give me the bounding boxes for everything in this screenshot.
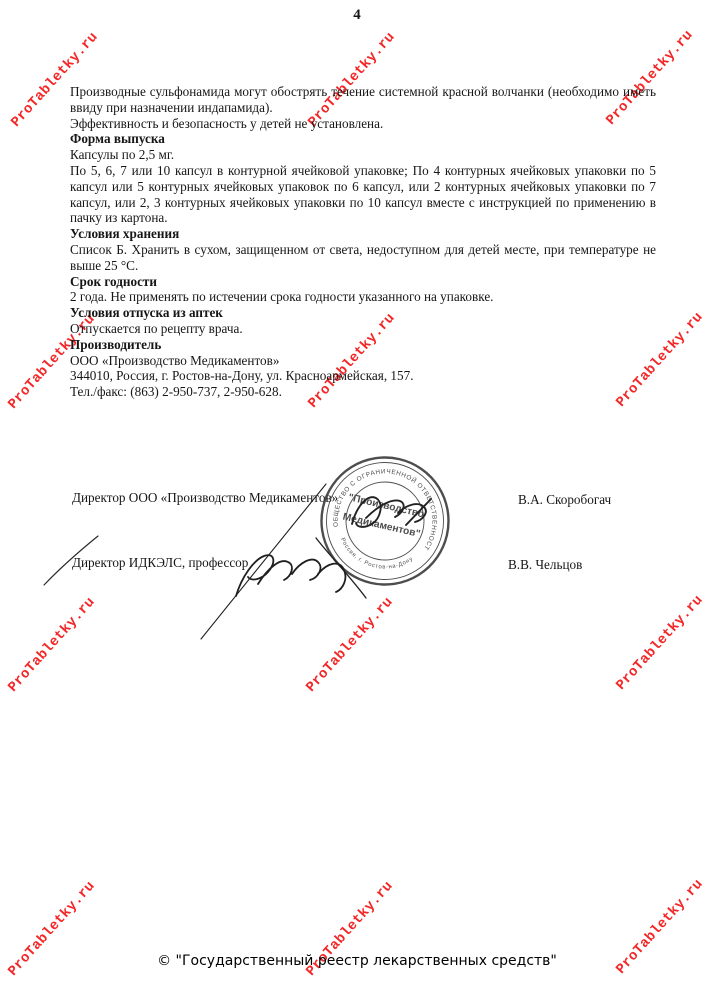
paragraph: Тел./факс: (863) 2-950-737, 2-950-628. xyxy=(70,384,656,400)
document-page: ProTabletky.ru ProTabletky.ru ProTabletk… xyxy=(0,0,714,1000)
paragraph: Отпускается по рецепту врача. xyxy=(70,321,656,337)
paragraph: Эффективность и безопасность у детей не … xyxy=(70,116,656,132)
paragraph: Условия отпуска из аптек xyxy=(70,305,656,321)
watermark: ProTabletky.ru xyxy=(303,594,396,695)
paragraph: Условия хранения xyxy=(70,226,656,242)
paragraph: 344010, Россия, г. Ростов-на-Дону, ул. К… xyxy=(70,368,656,384)
signature-title-idkels: Директор ИДКЭЛС, профессор xyxy=(72,555,248,571)
paragraph: Капсулы по 2,5 мг. xyxy=(70,147,656,163)
document-body: Производные сульфонамида могут обострять… xyxy=(70,84,656,400)
signature-name-skorobogach: В.А. Скоробогач xyxy=(518,492,611,508)
paragraph: Список Б. Хранить в сухом, защищенном от… xyxy=(70,242,656,274)
watermark: ProTabletky.ru xyxy=(613,592,706,693)
stamp-center-line2: Медикаментов" xyxy=(342,512,422,541)
watermark: ProTabletky.ru xyxy=(5,594,98,695)
paragraph: Форма выпуска xyxy=(70,131,656,147)
paragraph: Срок годности xyxy=(70,274,656,290)
paragraph: ООО «Производство Медикаментов» xyxy=(70,353,656,369)
signature-title-director: Директор ООО «Производство Медикаментов» xyxy=(72,490,338,506)
paragraph: По 5, 6, 7 или 10 капсул в контурной яче… xyxy=(70,163,656,226)
page-number: 4 xyxy=(0,7,714,24)
stamp-ring-bottom-text: Россия, г. Ростов-на-Дону xyxy=(334,536,416,578)
paragraph: Производитель xyxy=(70,337,656,353)
stamp-center-line1: "Производство xyxy=(347,492,425,520)
page-footer: © "Государственный реестр лекарственных … xyxy=(0,953,714,969)
signature-name-cheltsov: В.В. Чельцов xyxy=(508,557,582,573)
paragraph: 2 года. Не применять по истечении срока … xyxy=(70,289,656,305)
paragraph: Производные сульфонамида могут обострять… xyxy=(70,84,656,116)
svg-text:Россия, г. Ростов-на-Дону: Россия, г. Ростов-на-Дону xyxy=(334,536,416,578)
signature-scribble-director xyxy=(352,497,431,527)
